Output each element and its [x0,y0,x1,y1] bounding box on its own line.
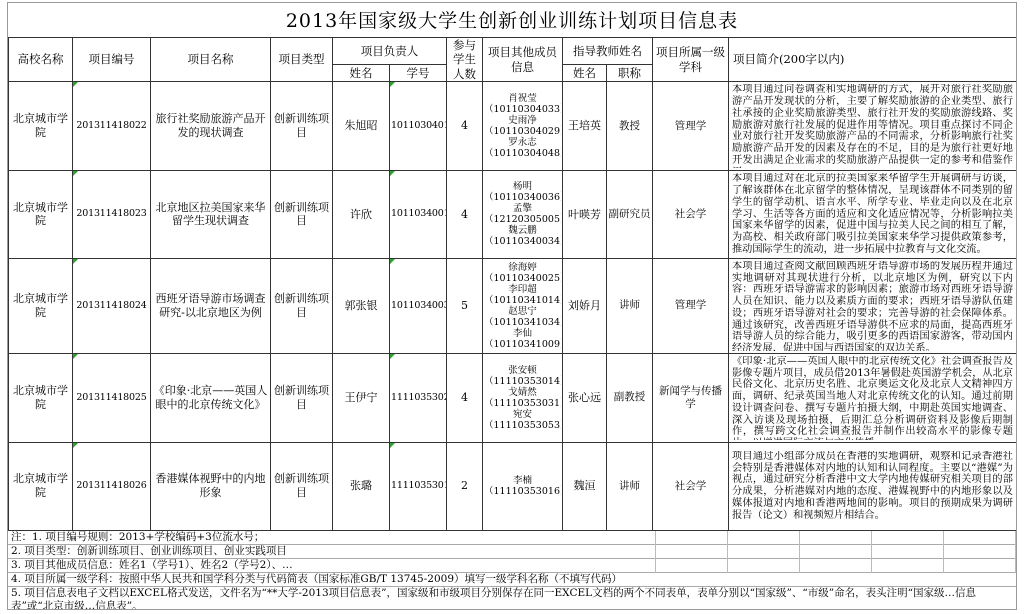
cell-participants: 4 [447,82,483,171]
cell-project-name: 《印象·北京——英国人眼中的北京传统文化》 [151,353,271,442]
excel-flag-icon [73,443,78,448]
cell-participants: 4 [447,353,483,442]
col-header-project-id: 项目编号 [73,38,151,82]
cell-teacher-name: 刘娇月 [563,258,607,353]
cell-leader-name: 王伊宁 [333,353,390,442]
table-row: 北京城市学院 201311418023 北京地区拉美国家来华留学生现状调查 创新… [9,171,1017,259]
col-header-summary: 项目简介(200字以内) [729,38,1017,82]
cell-teacher-name: 王培英 [563,82,607,171]
excel-flag-icon [73,354,78,359]
col-header-discipline: 项目所属一级学科 [653,38,729,82]
cell-project-type: 创新训练项目 [271,353,333,442]
cell-leader-student-id: 11110353010 [390,442,447,530]
page-title: 2013年国家级大学生创新创业训练计划项目信息表 [8,3,1016,37]
cell-project-type: 创新训练项目 [271,82,333,171]
col-header-leader-name: 姓名 [333,64,390,81]
cell-teacher-title: 讲师 [607,258,653,353]
col-header-teacher-name: 姓名 [563,64,607,81]
cell-project-type: 创新训练项目 [271,171,333,259]
cell-discipline: 管理学 [653,258,729,353]
cell-summary: 本项目通过查阅文献回顾西班牙语导游市场的发展历程并通过实地调研对其现状进行分析，… [729,258,1017,353]
table-header: 高校名称 项目编号 项目名称 项目类型 项目负责人 参与学生人数 项目其他成员信… [9,38,1017,82]
excel-flag-icon [390,354,395,359]
table-row: 北京城市学院 201311418026 香港媒体视野中的内地形象 创新训练项目 … [9,442,1017,530]
col-header-leader-student-id: 学号 [390,64,447,81]
cell-members: 杨明 （10110340036） 孟擎 （12120305005） 魏云鹏 （1… [483,171,563,259]
cell-summary: 本项目通过问卷调查和实地调研的方式，展开对旅行社奖励旅游产品开发现状的分析，主要… [729,82,1017,171]
note-3: 3. 项目其他成员信息：姓名1（学号1）、姓名2（学号2）、… [8,559,1016,573]
cell-participants: 5 [447,258,483,353]
cell-leader-name: 张璐 [333,442,390,530]
cell-project-id: 201311418023 [73,171,151,259]
cell-members: 肖祝莹 （10110304033） 史雨净 （10110304029） 罗永志 … [483,82,563,171]
col-header-school: 高校名称 [9,38,73,82]
cell-project-name: 北京地区拉美国家来华留学生现状调查 [151,171,271,259]
cell-discipline: 社会学 [653,442,729,530]
cell-leader-name: 朱旭昭 [333,82,390,171]
excel-flag-icon [390,171,395,176]
cell-teacher-name: 魏洹 [563,442,607,530]
cell-project-name: 旅行社奖励旅游产品开发的现状调查 [151,82,271,171]
note-2: 2. 项目类型：创新训练项目、创业训练项目、创业实践项目 [8,545,1016,559]
cell-discipline: 新闻学与传播学 [653,353,729,442]
cell-project-id: 201311418024 [73,258,151,353]
cell-discipline: 社会学 [653,171,729,259]
cell-members: 李楠 （11110353016） [483,442,563,530]
footnotes: 注：1. 项目编号规则：2013+学校编码+3位流水号； 2. 项目类型：创新训… [8,531,1016,610]
cell-leader-student-id: 11110353024 [390,353,447,442]
cell-members: 张安顿 （11110353014） 戈婧然 （11110353031） 宛安 （… [483,353,563,442]
cell-summary: 《印象·北京——英国人眼中的北京传统文化》社会调查报告及影像专题片项目，成员借2… [729,353,1017,442]
cell-school: 北京城市学院 [9,442,73,530]
cell-school: 北京城市学院 [9,82,73,171]
col-header-project-name: 项目名称 [151,38,271,82]
cell-teacher-title: 副教授 [607,353,653,442]
cell-summary: 本项目通过对在北京的拉美国家来华留学生开展调研与访谈，了解该群体在北京留学的整体… [729,171,1017,259]
cell-school: 北京城市学院 [9,171,73,259]
cell-project-type: 创新训练项目 [271,442,333,530]
excel-flag-icon [390,259,395,264]
col-header-project-type: 项目类型 [271,38,333,82]
table-row: 北京城市学院 201311418022 旅行社奖励旅游产品开发的现状调查 创新训… [9,82,1017,171]
excel-flag-icon [73,82,78,87]
cell-teacher-name: 张心远 [563,353,607,442]
cell-discipline: 管理学 [653,82,729,171]
cell-teacher-title: 副研究员 [607,171,653,259]
excel-flag-icon [390,443,395,448]
cell-participants: 2 [447,442,483,530]
excel-flag-icon [73,171,78,176]
table-row: 北京城市学院 201311418025 《印象·北京——英国人眼中的北京传统文化… [9,353,1017,442]
note-5: 5. 项目信息表电子文档以EXCEL格式发送，文件名为“**大学-2013项目信… [8,587,1016,610]
cell-teacher-title: 教授 [607,82,653,171]
col-header-teacher-title: 职称 [607,64,653,81]
table-row: 北京城市学院 201311418024 西班牙语导游市场调查研究-以北京地区为例… [9,258,1017,353]
col-header-participants: 参与学生人数 [447,38,483,82]
cell-project-id: 201311418022 [73,82,151,171]
cell-school: 北京城市学院 [9,258,73,353]
project-info-table: 高校名称 项目编号 项目名称 项目类型 项目负责人 参与学生人数 项目其他成员信… [8,37,1017,531]
excel-flag-icon [73,259,78,264]
cell-project-id: 201311418026 [73,442,151,530]
cell-summary: 项目通过小组部分成员在香港的实地调研，观察和记录香港社会特别是香港媒体对内地的认… [729,442,1017,530]
cell-leader-name: 许欣 [333,171,390,259]
cell-teacher-title: 讲师 [607,442,653,530]
cell-leader-student-id: 10110304012 [390,82,447,171]
cell-project-type: 创新训练项目 [271,258,333,353]
note-1: 注：1. 项目编号规则：2013+学校编码+3位流水号； [8,531,1016,545]
cell-project-name: 香港媒体视野中的内地形象 [151,442,271,530]
col-header-leader-group: 项目负责人 [333,38,447,65]
cell-leader-student-id: 10110340031 [390,258,447,353]
cell-members: 徐海婷 （10110340025） 李印超 （10110341014） 赵思宁 … [483,258,563,353]
spreadsheet-page: 2013年国家级大学生创新创业训练计划项目信息表 高校名称 项目编号 项目名称 … [7,2,1017,610]
cell-project-id: 201311418025 [73,353,151,442]
cell-leader-student-id: 10110340019 [390,171,447,259]
cell-leader-name: 郭张银 [333,258,390,353]
excel-flag-icon [390,82,395,87]
col-header-teacher-group: 指导教师姓名 [563,38,653,65]
cell-school: 北京城市学院 [9,353,73,442]
col-header-members: 项目其他成员信息 [483,38,563,82]
cell-teacher-name: 叶暎芳 [563,171,607,259]
note-4: 4. 项目所属一级学科：按照中华人民共和国学科分类与代码简表（国家标准GB/T … [8,573,1016,587]
cell-participants: 4 [447,171,483,259]
cell-project-name: 西班牙语导游市场调查研究-以北京地区为例 [151,258,271,353]
